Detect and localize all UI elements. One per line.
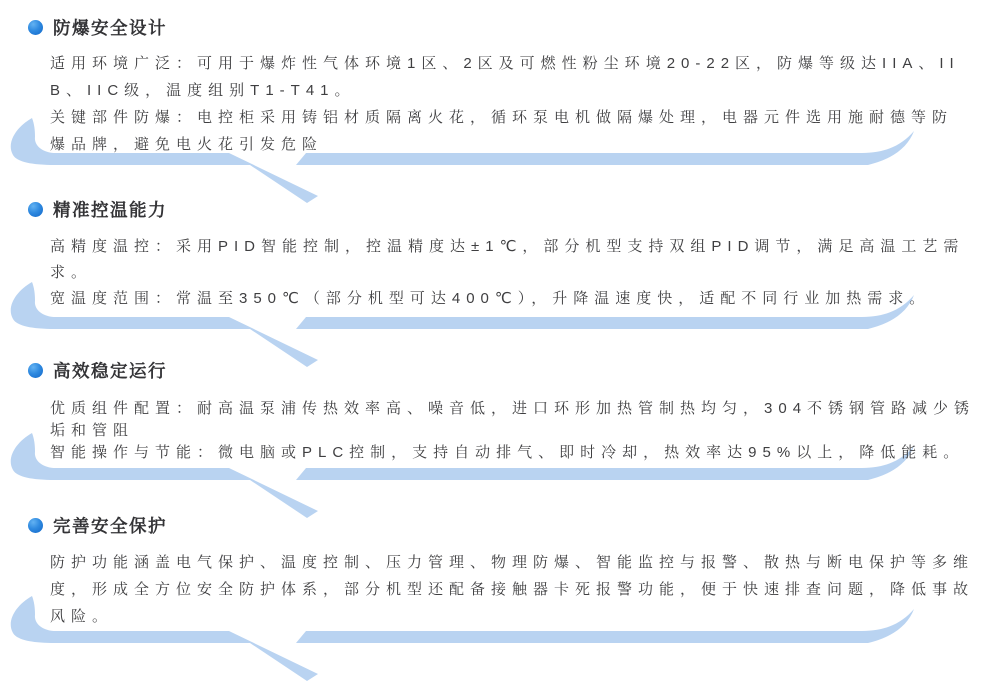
section-title: 防爆安全设计	[53, 15, 167, 40]
body-line: 高精度温控：采用PID智能控制，控温精度达±1℃，部分机型支持双组PID调节，满…	[50, 234, 990, 260]
section-heading-2: 精准控温能力	[28, 198, 167, 220]
section-title: 完善安全保护	[53, 513, 167, 538]
section-body-3: 优质组件配置：耐高温泵浦传热效率高、噪音低，进口环形加热管制热均匀，304不锈钢…	[50, 398, 990, 464]
section-title: 高效稳定运行	[53, 358, 167, 383]
body-line: 防护功能涵盖电气保护、温度控制、压力管理、物理防爆、智能监控与报警、散热与断电保…	[50, 549, 990, 576]
body-line: 优质组件配置：耐高温泵浦传热效率高、噪音低，进口环形加热管制热均匀，304不锈钢…	[50, 398, 990, 420]
body-line: 风险。	[50, 603, 990, 630]
section-heading-4: 完善安全保护	[28, 514, 167, 536]
body-line: B、IIC级，温度组别T1-T41。	[50, 77, 990, 104]
section-title: 精准控温能力	[53, 197, 167, 222]
section-body-1: 适用环境广泛：可用于爆炸性气体环境1区、2区及可燃性粉尘环境20-22区，防爆等…	[50, 50, 990, 158]
blue-dot-icon	[28, 518, 43, 533]
body-line: 求。	[50, 260, 990, 286]
section-body-2: 高精度温控：采用PID智能控制，控温精度达±1℃，部分机型支持双组PID调节，满…	[50, 234, 990, 312]
body-line: 爆品牌，避免电火花引发危险	[50, 131, 990, 158]
blue-dot-icon	[28, 202, 43, 217]
blue-dot-icon	[28, 20, 43, 35]
section-heading-1: 防爆安全设计	[28, 16, 167, 38]
blue-dot-icon	[28, 363, 43, 378]
section-heading-3: 高效稳定运行	[28, 359, 167, 381]
body-line: 智能操作与节能：微电脑或PLC控制，支持自动排气、即时冷却，热效率达95%以上，…	[50, 442, 990, 464]
body-line: 关键部件防爆：电控柜采用铸铝材质隔离火花，循环泵电机做隔爆处理，电器元件选用施耐…	[50, 104, 990, 131]
section-body-4: 防护功能涵盖电气保护、温度控制、压力管理、物理防爆、智能监控与报警、散热与断电保…	[50, 549, 990, 630]
body-line: 适用环境广泛：可用于爆炸性气体环境1区、2区及可燃性粉尘环境20-22区，防爆等…	[50, 50, 990, 77]
body-line: 度，形成全方位安全防护体系，部分机型还配备接触器卡死报警功能，便于快速排查问题，…	[50, 576, 990, 603]
body-line: 宽温度范围：常温至350℃（部分机型可达400℃），升降温速度快，适配不同行业加…	[50, 286, 990, 312]
feature-document-page: 防爆安全设计 适用环境广泛：可用于爆炸性气体环境1区、2区及可燃性粉尘环境20-…	[0, 0, 1000, 694]
body-line: 垢和管阻	[50, 420, 990, 442]
